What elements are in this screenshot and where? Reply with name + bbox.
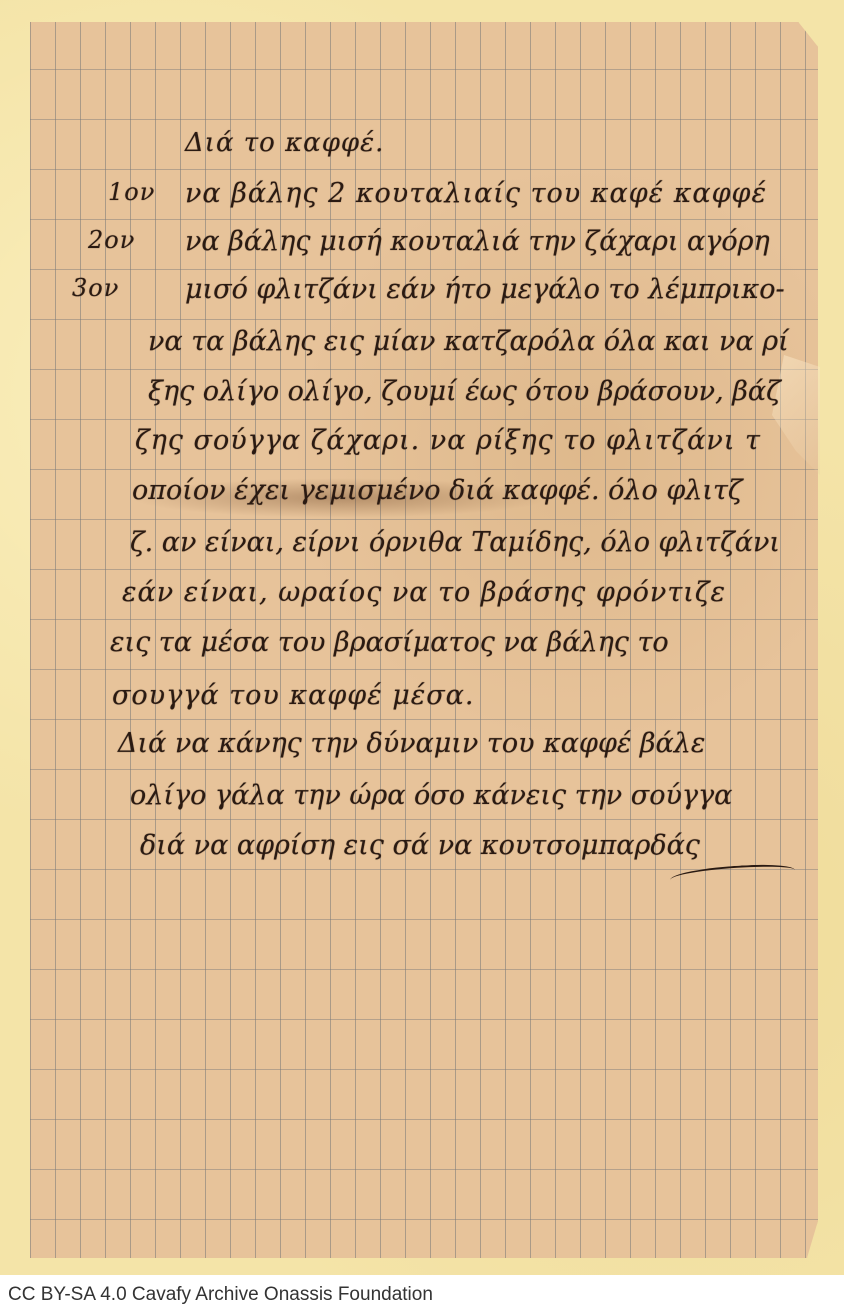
body-line-10: ολίγο γάλα την ώρα όσο κάνεις την σούγγα — [130, 780, 732, 811]
body-line-9: Διά να κάνης την δύναμιν του καφφέ βάλε — [118, 728, 705, 759]
license-credit: CC BY-SA 4.0 Cavafy Archive Onassis Foun… — [6, 1281, 844, 1315]
body-line-8: σουγγά του καφφέ μέσα. — [112, 680, 474, 711]
body-line-2: ξης ολίγο ολίγο, ζουμί έως ότου βράσουν,… — [148, 376, 781, 407]
body-line-3: ζης σούγγα ζάχαρι. να ρίξης το φλιτζάνι … — [135, 425, 761, 456]
scanned-manuscript: Διά το καφφέ. 1ον να βάλης 2 κουταλιαίς … — [0, 0, 844, 1275]
body-line-7: εις τα μέσα του βρασίματος να βάλης το — [110, 627, 669, 658]
body-line-5: ζ. αν είναι, είρνι όρνιθα Ταμίδης, όλο φ… — [130, 527, 780, 558]
body-line-4: οποίον έχει γεμισμένο διά καφφέ. όλο φλι… — [132, 475, 743, 506]
step-text-3: μισό φλιτζάνι εάν ήτο μεγάλο το λέμπρικο… — [185, 274, 785, 305]
step-text-2: να βάλης μισή κουταλιά την ζάχαρι αγόρη — [185, 226, 770, 257]
body-line-1: να τα βάλης εις μίαν κατζαρόλα όλα και ν… — [148, 326, 789, 357]
step-text-1: να βάλης 2 κουταλιαίς του καφέ καφφέ — [185, 178, 767, 209]
body-line-11: διά να αφρίση εις σά να κουτσομπαρδάς — [140, 830, 700, 861]
step-number-1: 1ον — [108, 178, 155, 206]
manuscript-title: Διά το καφφέ. — [185, 128, 384, 158]
step-number-2: 2ον — [88, 226, 135, 254]
step-number-3: 3ον — [72, 274, 119, 302]
body-line-6: εάν είναι, ωραίος να το βράσης φρόντιζε — [122, 577, 726, 608]
